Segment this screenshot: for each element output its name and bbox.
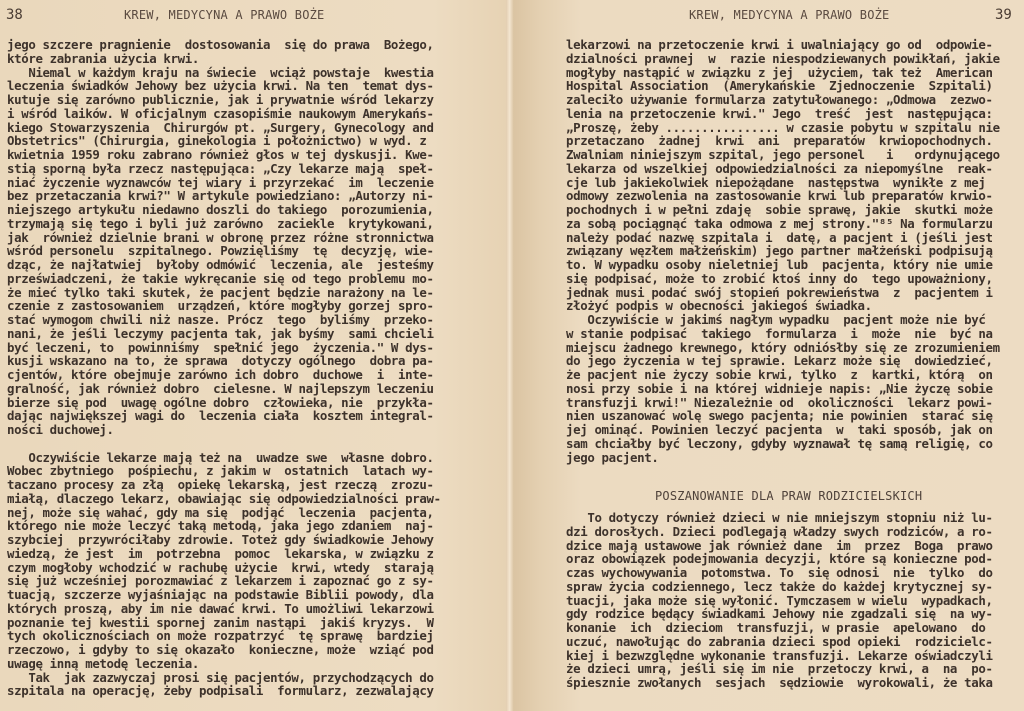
text-line: lenia na przetoczenie krwi." Jego treść …: [566, 107, 1000, 121]
text-line: przeświadczeni, że takie wykręcanie się …: [7, 272, 441, 286]
text-line: dzi dorosłych. Dzieci podlegają władzy s…: [566, 525, 993, 539]
text-line: których proszą, aby im nie dawać krwi. T…: [7, 602, 441, 616]
text-line: mogłyby nastąpić w związku z jej użyciem…: [566, 66, 1000, 80]
text-line: wiedzą, że jest im potrzebna pomoc lekar…: [7, 547, 441, 561]
text-line: Hospital Association (Amerykańskie Zjedn…: [566, 79, 1000, 93]
text-line: nien uszanować wolę swego pacjenta; nie …: [566, 409, 1000, 423]
text-line: taczano procesy za złą opiekę lekarską, …: [7, 478, 441, 492]
text-line: trzymają się tego i byli już zarówno zac…: [7, 217, 441, 231]
text-line: śpiesznie zwołanych sesjach sędziowie wy…: [566, 676, 993, 690]
text-line: ności duchowej.: [7, 423, 441, 437]
text-line: szpitala na operację, żeby podpisali for…: [7, 684, 441, 698]
text-line: czym mogłoby wchodzić w rachubę użycie k…: [7, 561, 441, 575]
text-line: oraz obowiązek podejmowania decyzji, któ…: [566, 552, 993, 566]
text-line: Zwalniam niniejszym szpital, jego person…: [566, 148, 1000, 162]
text-line: „Proszę, żeby ................ w czasie …: [566, 121, 1000, 135]
text-line: pochodnych i w pełni zdaję sobie sprawę,…: [566, 203, 1000, 217]
text-line: stać wymogom chwili niż nasze. Prócz teg…: [7, 313, 441, 327]
text-line: tuacją, szczerze wyjaśniając na podstawi…: [7, 588, 441, 602]
text-line: leczenia świadków Jehowy bez użycia krwi…: [7, 79, 441, 93]
text-line: tuacji, jaka może się wyłonić. Tymczasem…: [566, 594, 993, 608]
text-line: tych okolicznościach on może rozpatrzyć …: [7, 629, 441, 643]
text-line: które zabrania użycia krwi.: [7, 52, 441, 66]
text-line: miałą, dlaczego lekarz, obawiając się od…: [7, 492, 441, 506]
text-line: Tak jak zazwyczaj prosi się pacjentów, p…: [7, 671, 441, 685]
text-line: nosi przy sobie i na której widnieje nap…: [566, 382, 1000, 396]
text-line: gdy rodzice będący świadkami Jehowy nie …: [566, 607, 993, 621]
text-line: kiego Stowarzyszenia Chirurgów pt. „Surg…: [7, 121, 441, 135]
page-number: 39: [995, 7, 1012, 23]
text-line: którego nie może leczyć taką metodą, jak…: [7, 519, 441, 533]
text-line: związany węzłem małżeńskim) jego partner…: [566, 244, 1000, 258]
text-line: niejszego artykułu niedawno doszli do ta…: [7, 203, 441, 217]
text-line: To dotyczy również dzieci w nie mniejszy…: [566, 511, 993, 525]
text-line: lekarzowi na przetoczenie krwi i uwalnia…: [566, 38, 1000, 52]
text-line: sam chciałby być leczony, gdyby wyznawał…: [566, 437, 1000, 451]
text-line: Oczywiście lekarze mają też na uwadze sw…: [7, 451, 441, 465]
text-line: że mieć tylko taki skutek, że pacjent bę…: [7, 286, 441, 300]
text-line: się już wcześniej porozmawiać z lekarzem…: [7, 574, 441, 588]
text-line: odmowy zezwolenia na zastosowanie krwi l…: [566, 189, 1000, 203]
text-line: jego szczere pragnienie dostosowania się…: [7, 38, 441, 52]
section-heading: POSZANOWANIE DLA PRAW RODZICIELSKICH: [655, 489, 922, 503]
page-number: 38: [6, 7, 23, 23]
text-line: nej, może się wahać, gdy ma się podjąć l…: [7, 506, 441, 520]
text-line: uczuć, nawołując do zabrania dzieci spod…: [566, 635, 993, 649]
text-line: dzialności prawnej w razie niespodziewan…: [566, 52, 1000, 66]
text-line: to. W wypadku osoby nieletniej lub pacje…: [566, 258, 1000, 272]
text-line: wśród personelu szpitalnego. Powzięliśmy…: [7, 244, 441, 258]
text-line: być leczeni, to powinniśmy spełnić jego …: [7, 341, 441, 355]
text-line: jednak musi podać swój stopień pokrewień…: [566, 286, 1000, 300]
text-line: gralność, jak również dobro cielesne. W …: [7, 382, 441, 396]
text-line: dząc, że najłatwiej byłoby odmówić lecze…: [7, 258, 441, 272]
text-line: Oczywiście w jakimś nagłym wypadku pacje…: [566, 313, 1000, 327]
text-line: stią sporną była rzecz następująca: „Czy…: [7, 162, 441, 176]
text-line: złożyć podpis w obecności jakiegoś świad…: [566, 299, 1000, 313]
right-page-body-top: lekarzowi na przetoczenie krwi i uwalnia…: [566, 38, 1000, 464]
text-line: cje lub jakiekolwiek niepożądane następs…: [566, 176, 1000, 190]
text-line: jak również dzielnie brani w obronę prze…: [7, 231, 441, 245]
text-line: kutuje się zarówno publicznie, jak i pry…: [7, 93, 441, 107]
text-line: bez przetaczania krwi?" W artykule powie…: [7, 189, 441, 203]
text-line: się podpisać, może to zrobić ktoś inny d…: [566, 272, 1000, 286]
left-page: 38 KREW, MEDYCYNA A PRAWO BOŻE jego szcz…: [0, 0, 509, 711]
text-line: czenie z zastosowaniem urządzeń, które m…: [7, 299, 441, 313]
left-page-body: jego szczere pragnienie dostosowania się…: [7, 38, 441, 698]
text-line: w stanie podpisać takiego formularza i m…: [566, 327, 1000, 341]
book-spread: 38 KREW, MEDYCYNA A PRAWO BOŻE jego szcz…: [0, 0, 1024, 711]
text-line: spraw życia codziennego, lecz także do k…: [566, 580, 993, 594]
text-line: rzeczowo, i gdyby to się okazało koniecz…: [7, 643, 441, 657]
text-line: lekarza od wszelkiej odpowiedzialności z…: [566, 162, 1000, 176]
running-head: KREW, MEDYCYNA A PRAWO BOŻE: [124, 8, 324, 22]
text-line: jej ominąć. Powinien leczyć pacjenta w t…: [566, 423, 1000, 437]
text-line: nani, że jeśli leczymy pacjenta tak, jak…: [7, 327, 441, 341]
text-line: cjentów, które obejmuje zarówno ich dobr…: [7, 368, 441, 382]
text-line: Obstetrics" (Chirurgia, ginekologia i po…: [7, 134, 441, 148]
text-line: poznanie tej kwestii spornej zanim nastą…: [7, 616, 441, 630]
text-line: niać życzenie wyznawców tej wiary i przy…: [7, 176, 441, 190]
text-line: za sobą pociągnąć taka odmowa z mej stro…: [566, 217, 1000, 231]
text-line: zaleciło używanie formularza zatytułowan…: [566, 93, 1000, 107]
text-line: kiej i bezwzględne wykonanie transfuzji.…: [566, 649, 993, 663]
text-line: należy podać nazwę szpitala i datę, a pa…: [566, 231, 1000, 245]
text-line: miejscu żadnego krewnego, który odniósłb…: [566, 341, 1000, 355]
text-line: do jego życzenia w tej sprawie. Lekarz m…: [566, 354, 1000, 368]
right-page: KREW, MEDYCYNA A PRAWO BOŻE 39 lekarzowi…: [509, 0, 1024, 711]
text-line: czas wychowywania potomstwa. To się odno…: [566, 566, 993, 580]
text-line: dając największej wagi do leczenia ciała…: [7, 409, 441, 423]
text-line: bierze się pod uwagę ogólne dobro człowi…: [7, 396, 441, 410]
text-line: konanie ich dzieciom transfuzji, w prasi…: [566, 621, 993, 635]
text-line: Niemal w każdym kraju na świecie wciąż p…: [7, 66, 441, 80]
text-line: Wobec zbytniego pośpiechu, z jakim w ost…: [7, 464, 441, 478]
text-line: kusji wskazano na to, że sprawa dotyczy …: [7, 354, 441, 368]
text-line: [7, 437, 441, 451]
right-page-body-bottom: To dotyczy również dzieci w nie mniejszy…: [566, 511, 993, 690]
text-line: że dzieci umrą, jeśli się im nie przetoc…: [566, 662, 993, 676]
text-line: przetaczano żadnej krwi ani preparatów k…: [566, 134, 1000, 148]
text-line: dzice mają ustawowe jak również dane im …: [566, 539, 993, 553]
text-line: transfuzji krwi!" Niezależnie od okolicz…: [566, 396, 1000, 410]
text-line: szybciej przywróciłaby zdrowie. Toteż gd…: [7, 533, 441, 547]
text-line: kwietnia 1959 roku zabrano również głos …: [7, 148, 441, 162]
text-line: uwagę inną metodę leczenia.: [7, 657, 441, 671]
text-line: jego pacjent.: [566, 451, 1000, 465]
book-gutter: [506, 0, 514, 711]
text-line: że pacjent nie życzy sobie krwi, tylko z…: [566, 368, 1000, 382]
running-head: KREW, MEDYCYNA A PRAWO BOŻE: [689, 8, 889, 22]
text-line: i wśród laików. W oficjalnym czasopiśmie…: [7, 107, 441, 121]
